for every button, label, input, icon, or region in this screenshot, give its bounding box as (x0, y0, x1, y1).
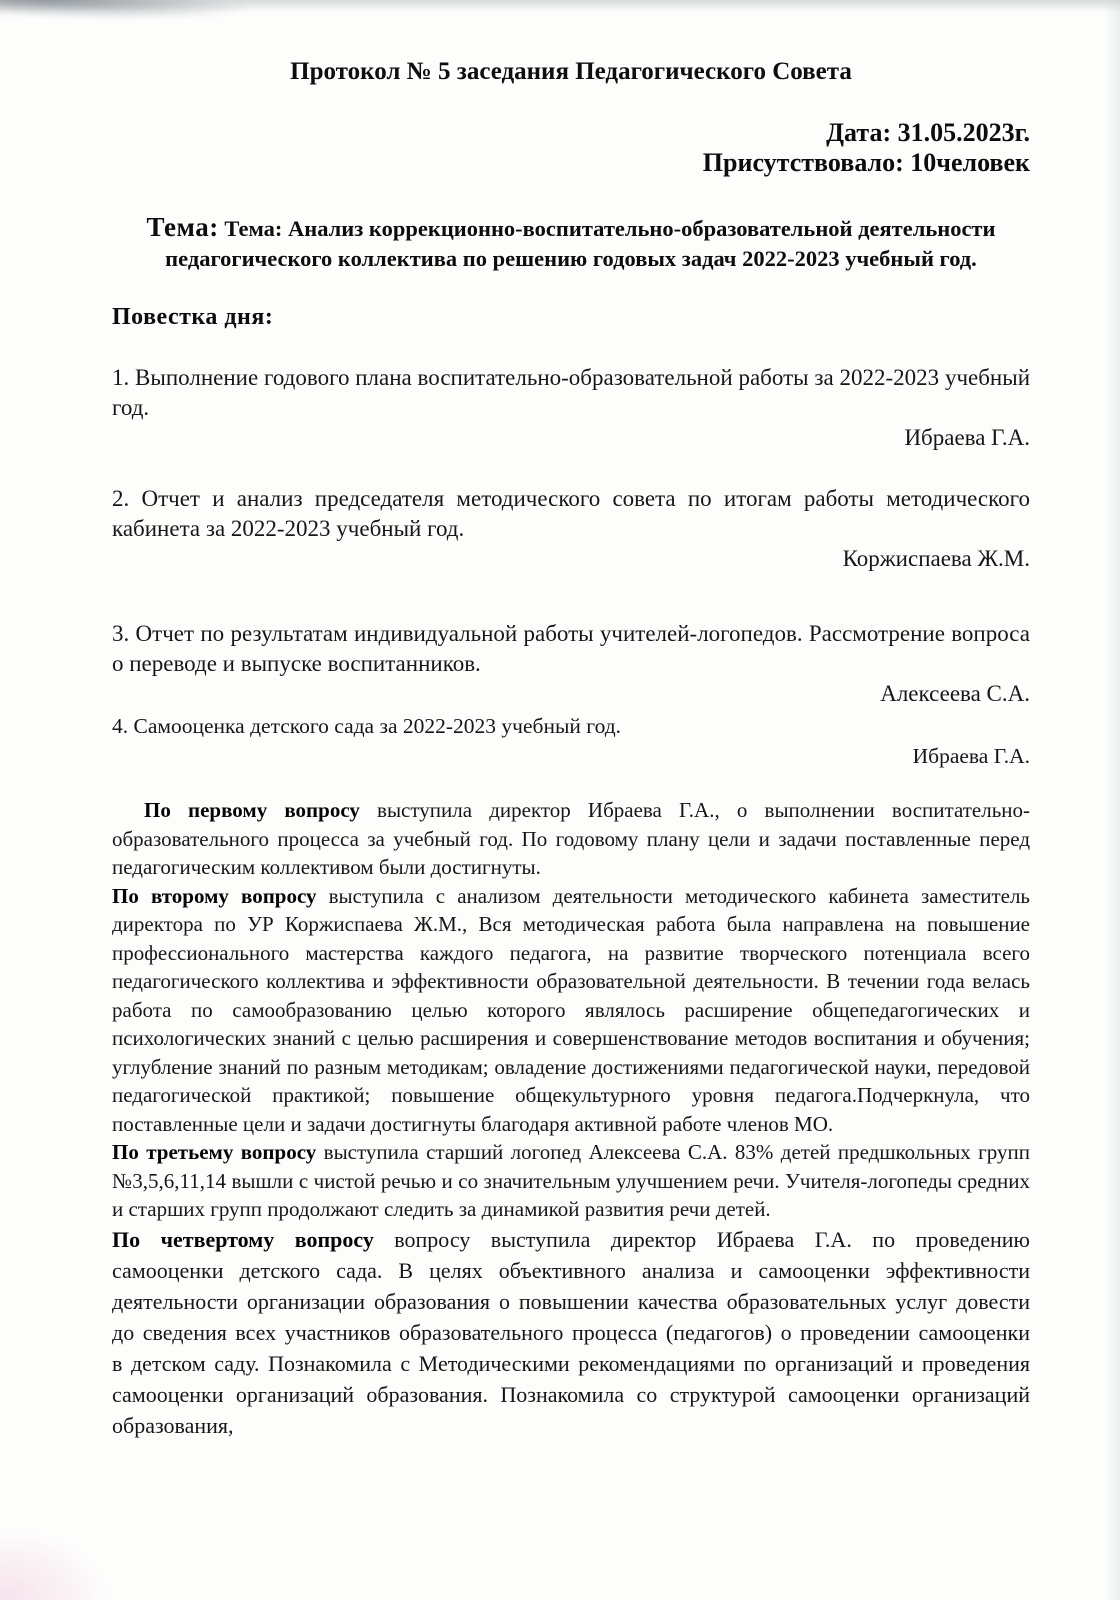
date-line: Дата: 31.05.2023г. (112, 118, 1030, 148)
paragraph-question-4: По четвертому вопросу вопросу выступила … (112, 1224, 1030, 1441)
paragraph-question-1: По первому вопросу выступила директор Иб… (112, 796, 1030, 882)
agenda-item-speaker: Ибраева Г.А. (112, 741, 1030, 771)
protocol-body: По первому вопросу выступила директор Иб… (112, 796, 1030, 1441)
agenda-item-1: 1. Выполнение годового плана воспитатель… (112, 363, 1030, 453)
agenda-item-speaker: Ибраева Г.А. (112, 423, 1030, 453)
document-title: Протокол № 5 заседания Педагогического С… (112, 58, 1030, 86)
scan-smudge-top-left (0, 0, 248, 25)
agenda-item-3: 3. Отчет по результатам индивидуальной р… (112, 619, 1030, 709)
paragraph-text: вопросу выступила директор Ибраева Г.А. … (112, 1227, 1030, 1438)
paragraph-lead: По первому вопросу (144, 798, 360, 822)
scan-smudge-bottom-left (0, 1528, 110, 1600)
attendance-line: Присутствовало: 10человек (112, 148, 1030, 178)
meta-block: Дата: 31.05.2023г. Присутствовало: 10чел… (112, 118, 1030, 178)
agenda-item-2: 2. Отчет и анализ председателя методичес… (112, 484, 1030, 574)
paragraph-lead: По четвертому вопросу (112, 1227, 374, 1252)
agenda-item-text: 3. Отчет по результатам индивидуальной р… (112, 619, 1030, 679)
theme-block: Тема: Тема: Анализ коррекционно-воспитат… (112, 212, 1030, 274)
theme-text: Тема: Анализ коррекционно-воспитательно-… (165, 216, 995, 271)
theme-label: Тема: (147, 212, 219, 242)
agenda-item-speaker: Коржиспаева Ж.М. (112, 544, 1030, 574)
scan-edge-shadow-right (1104, 0, 1120, 1600)
agenda-item-4: 4. Самооценка детского сада за 2022-2023… (112, 711, 1030, 771)
paragraph-lead: По третьему вопросу (112, 1140, 316, 1164)
scanned-protocol-page: Протокол № 5 заседания Педагогического С… (0, 0, 1120, 1600)
scan-edge-shadow-top (0, 0, 1120, 12)
paragraph-text: выступила с анализом деятельности методи… (112, 884, 1030, 1136)
agenda-heading: Повестка дня: (112, 304, 1030, 331)
paragraph-question-2: По второму вопросу выступила с анализом … (112, 882, 1030, 1139)
agenda-item-text: 2. Отчет и анализ председателя методичес… (112, 484, 1030, 544)
agenda-item-text: 1. Выполнение годового плана воспитатель… (112, 363, 1030, 423)
agenda-item-speaker: Алексеева С.А. (112, 679, 1030, 709)
paragraph-lead: По второму вопросу (112, 884, 317, 908)
paragraph-question-3: По третьему вопросу выступила старший ло… (112, 1138, 1030, 1224)
agenda-item-text: 4. Самооценка детского сада за 2022-2023… (112, 711, 1030, 741)
